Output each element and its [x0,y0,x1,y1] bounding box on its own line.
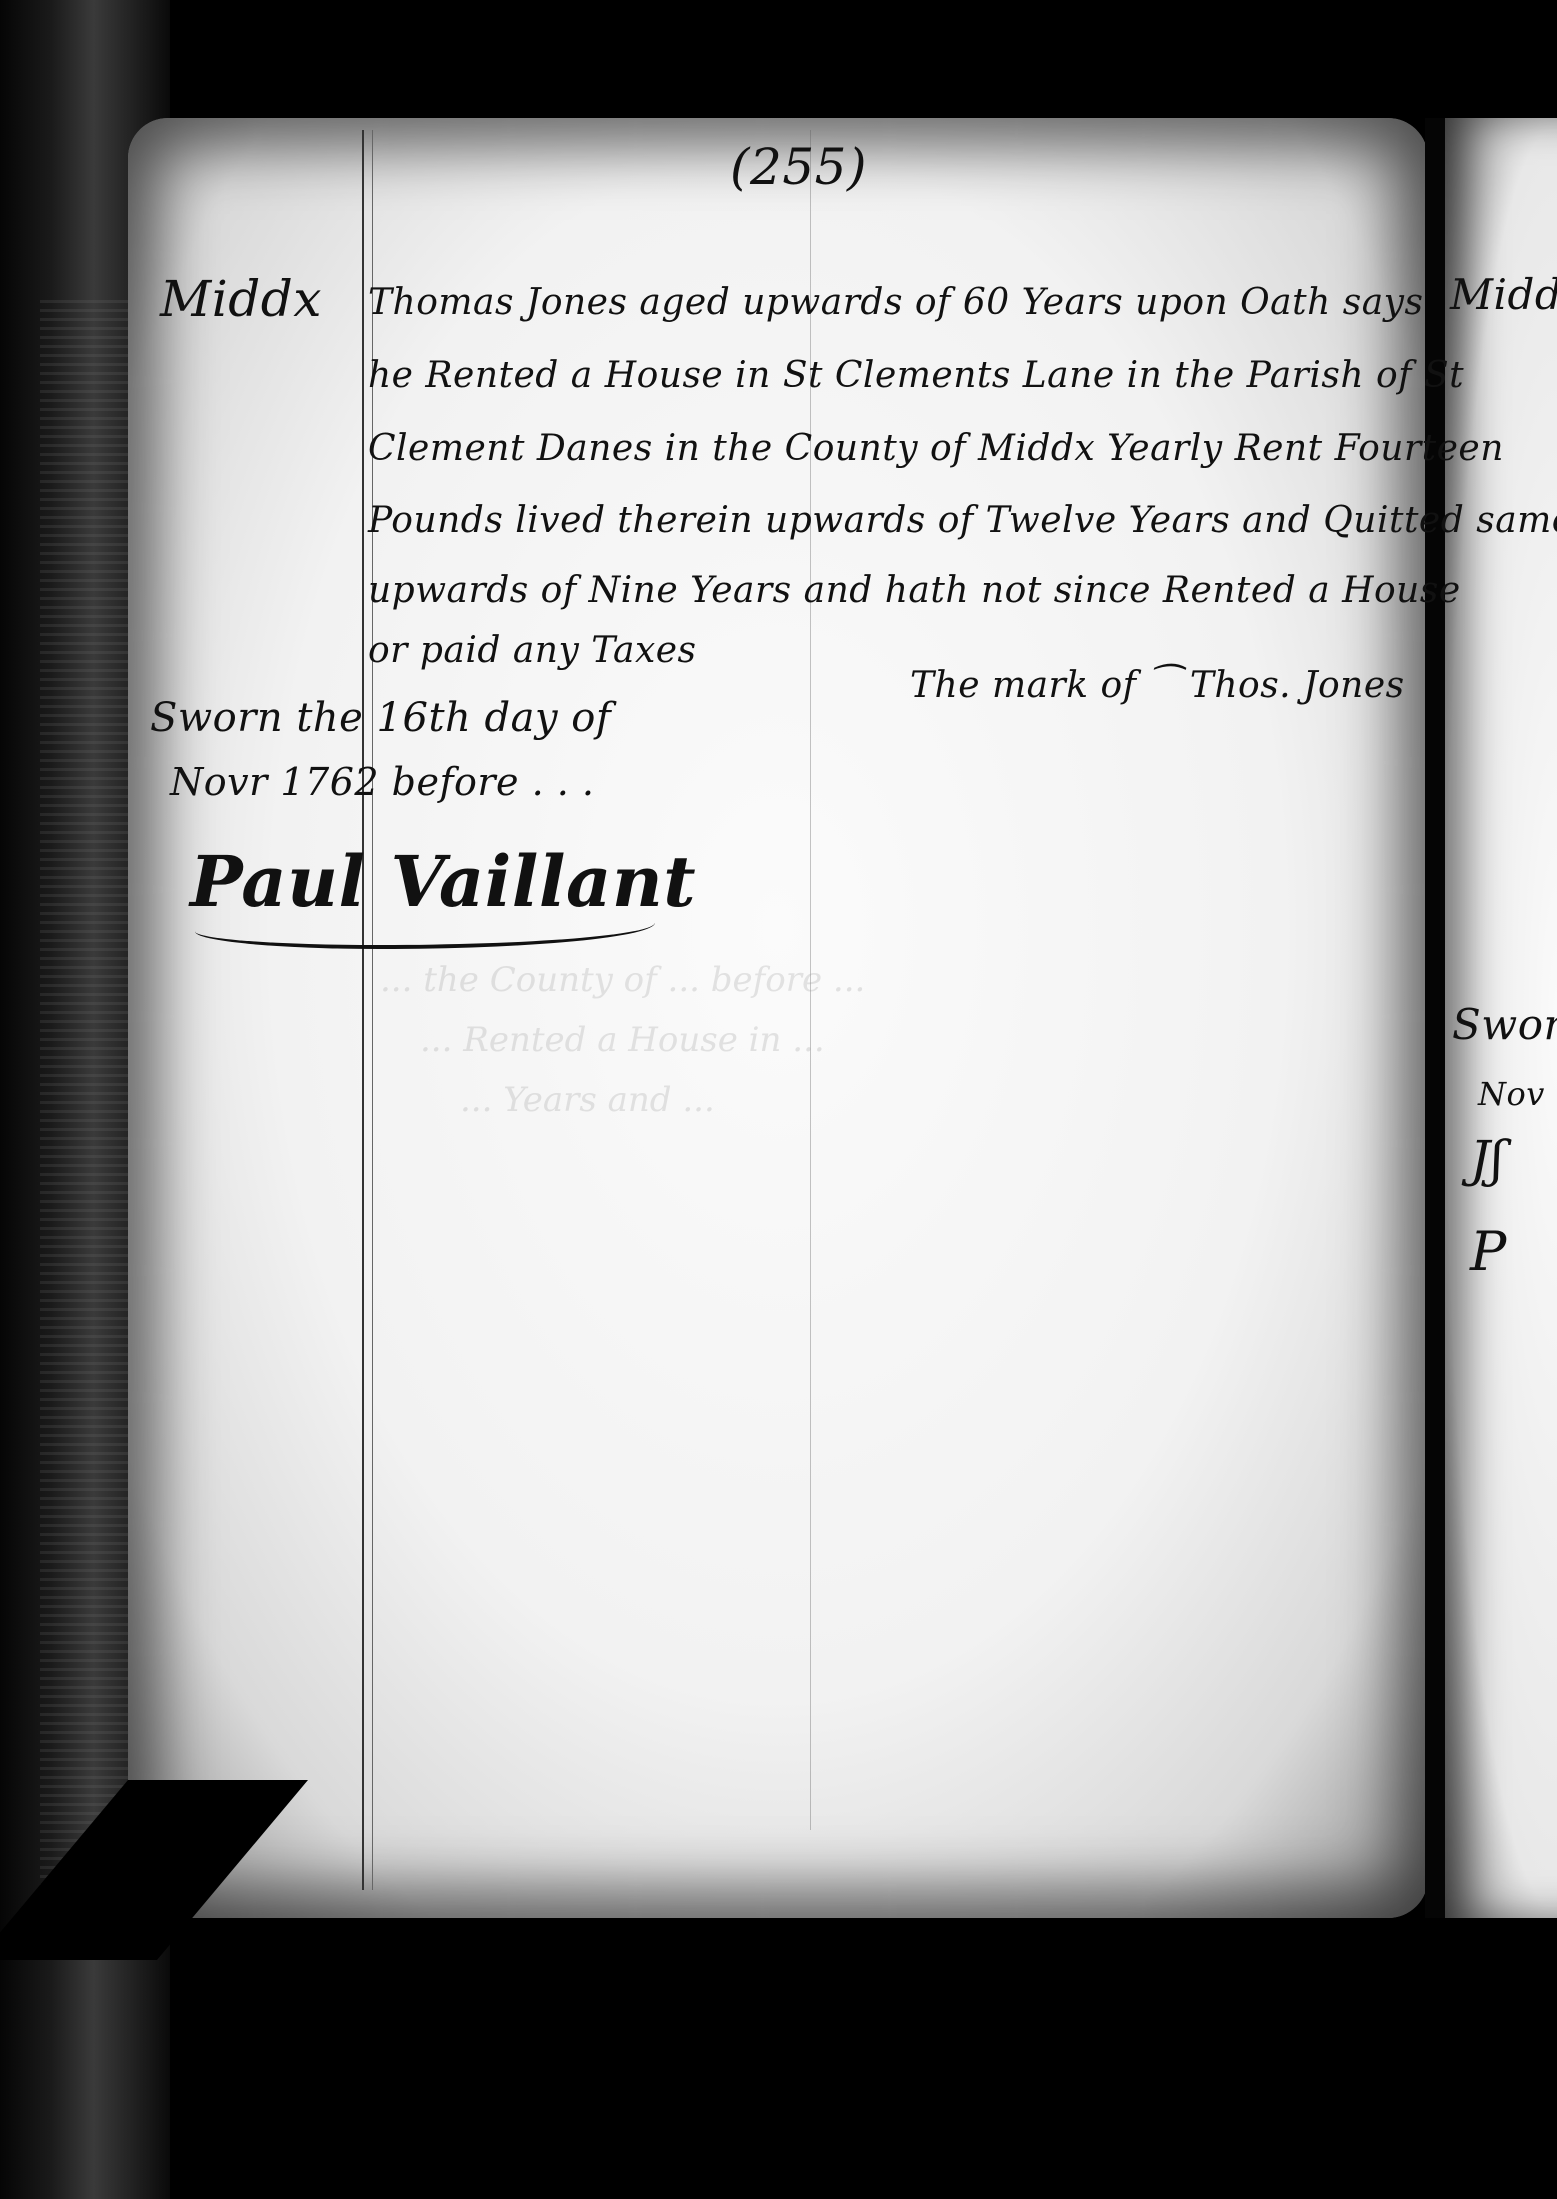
adjacent-jurat-nov: Nov [1478,1075,1545,1113]
jurat-line-1: Sworn the 16th day of [150,695,611,741]
adjacent-signature-part: Jʃ [1470,1130,1505,1188]
bleedthrough-text: ... Rented a House in ... [420,1020,825,1060]
scan-noise [40,300,140,1900]
adjacent-margin-county: Midd [1450,270,1557,319]
adjacent-jurat-sworn: Swor [1452,1000,1557,1049]
adjacent-signature-part: P [1470,1220,1507,1283]
page-number: (255) [730,138,867,196]
margin-rule-line [362,130,364,1890]
bleedthrough-text: ... the County of ... before ... [380,960,865,1000]
deposition-line: Pounds lived therein upwards of Twelve Y… [368,500,1557,541]
deposition-line: Clement Danes in the County of Middx Yea… [368,428,1504,469]
jurat-line-2: Novr 1762 before . . . [170,760,595,804]
deposition-line: he Rented a House in St Clements Lane in… [368,355,1464,396]
margin-county-label: Middx [160,270,322,328]
deponent-mark: The mark of ⁀ Thos. Jones [910,665,1405,706]
deposition-line: or paid any Taxes [368,630,697,671]
deposition-line: Thomas Jones aged upwards of 60 Years up… [368,282,1423,323]
deposition-line: upwards of Nine Years and hath not since… [368,570,1461,611]
bleedthrough-text: ... Years and ... [460,1080,715,1120]
